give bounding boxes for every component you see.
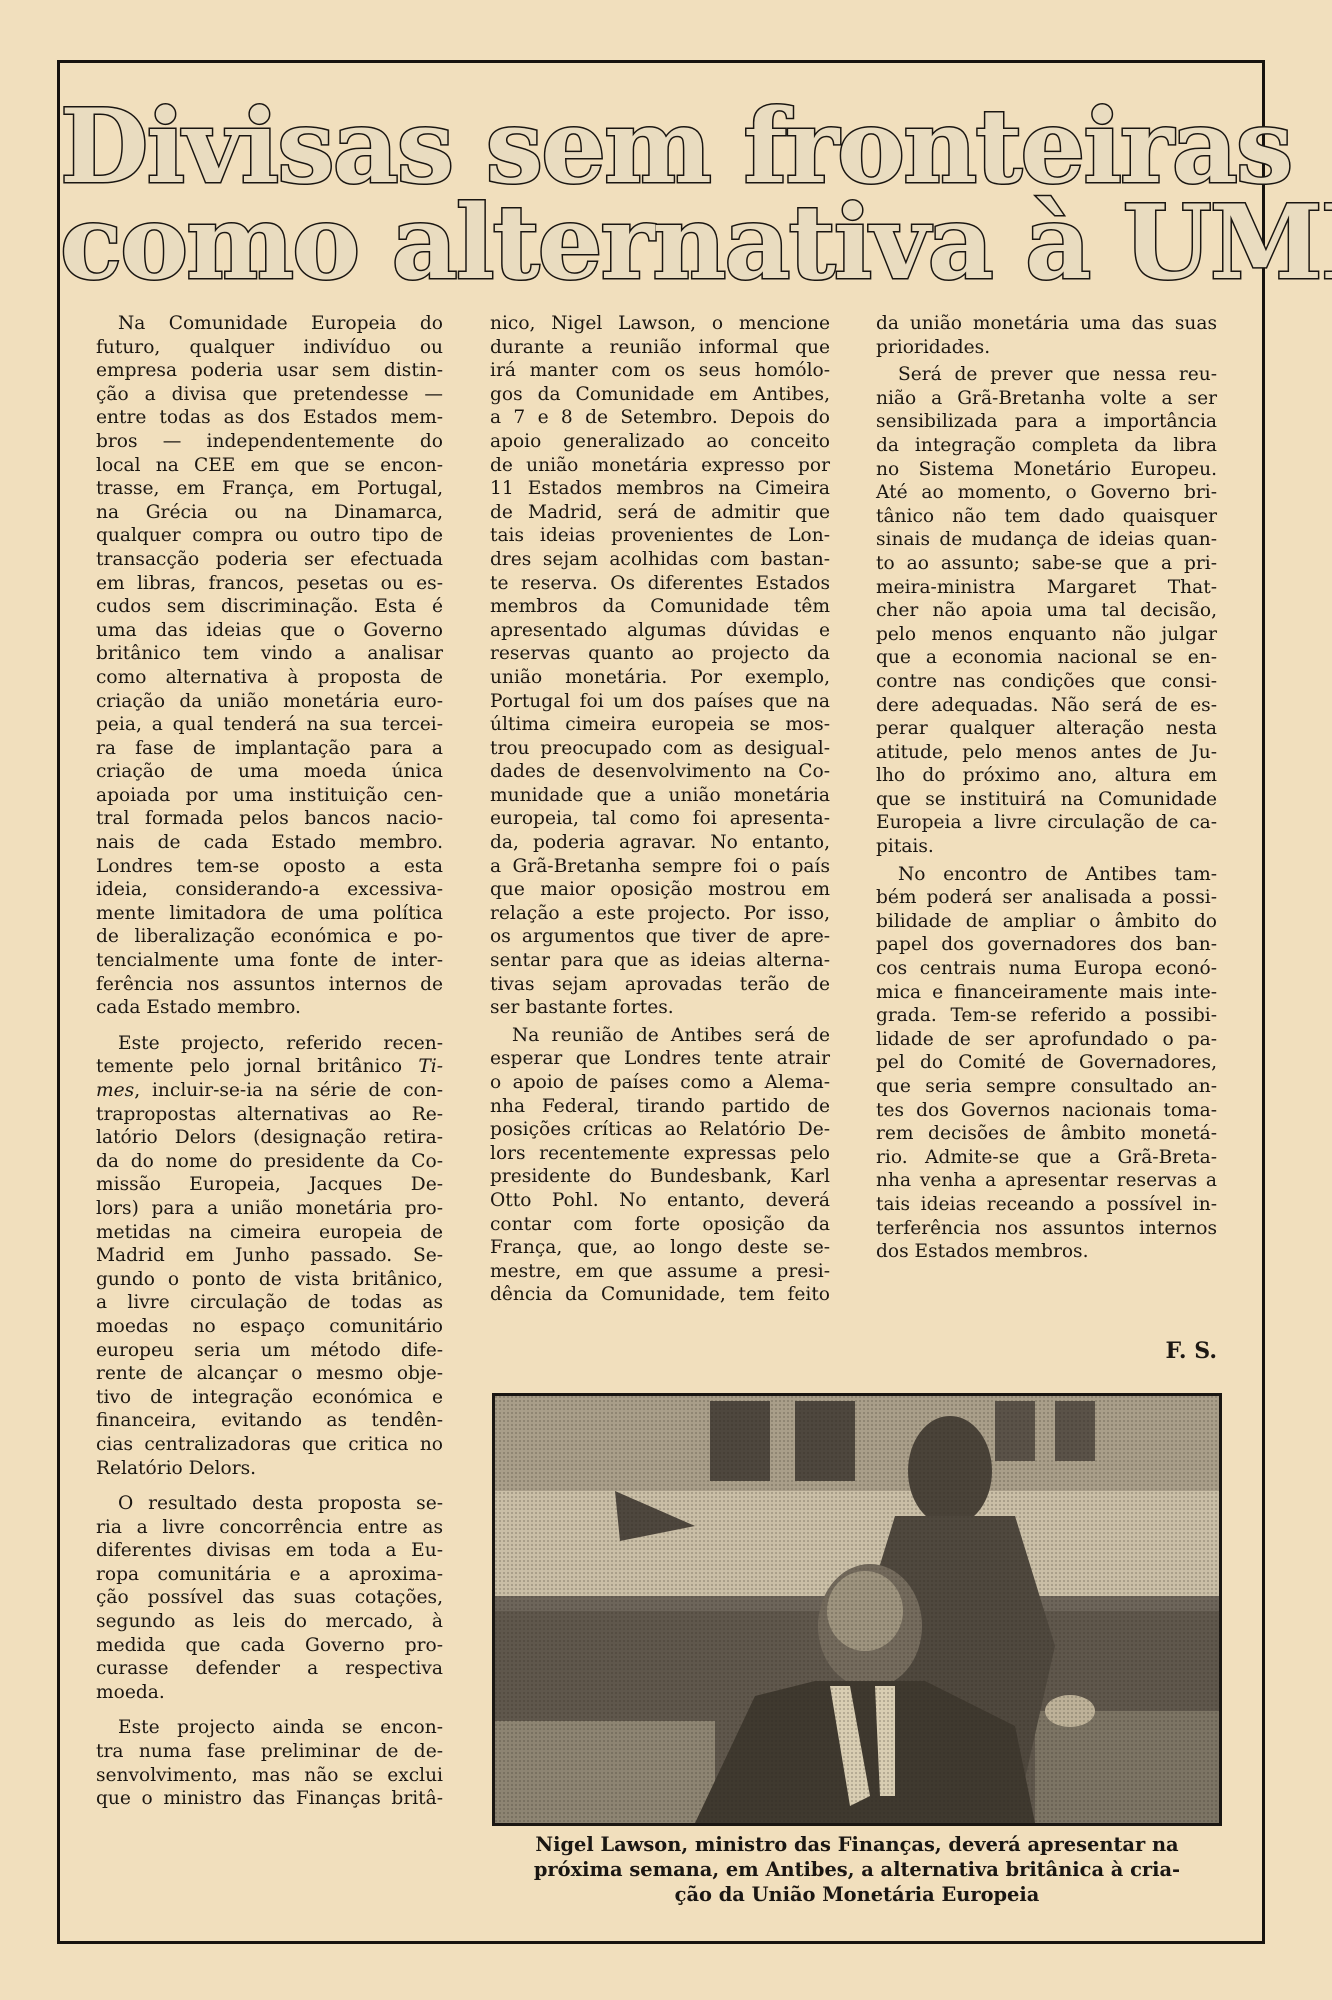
text-line: mente limitadora de uma política <box>96 902 443 926</box>
text-line: financeira, evitando as tendên- <box>96 1409 443 1433</box>
text-line: dres sejam acolhidas com bastan- <box>490 548 830 572</box>
text-line: o apoio de países como a Alema- <box>490 1071 830 1095</box>
text-line: apoiada por uma instituição cen- <box>96 784 443 808</box>
text-line: mestre, em que assume a presi- <box>490 1260 830 1284</box>
text-line: Este projecto, referido recen- <box>96 1032 443 1056</box>
text-line: tencialmente uma fonte de inter- <box>96 949 443 973</box>
text-line: que maior oposição mostrou em <box>490 878 830 902</box>
text-line: Otto Pohl. No entanto, deverá <box>490 1189 830 1213</box>
text-line: moedas no espaço comunitário <box>96 1315 443 1339</box>
text-line: grada. Tem-se referido a possibi- <box>876 1004 1217 1028</box>
text-line: contre nas condições que consi- <box>876 670 1217 694</box>
text-line: presidente do Bundesbank, Karl <box>490 1165 830 1189</box>
text-line: rem decisões de âmbito monetá- <box>876 1122 1217 1146</box>
text-line: Este projecto ainda se encon- <box>96 1716 443 1740</box>
paragraph-gap <box>96 1704 443 1716</box>
text-line: cudos sem discriminação. Esta é <box>96 595 443 619</box>
text-line: nico, Nigel Lawson, o mencione <box>490 312 830 336</box>
text-line: gundo o ponto de vista britânico, <box>96 1268 443 1292</box>
text-line: ideia, considerando-a excessiva- <box>96 878 443 902</box>
text-line: Na reunião de Antibes será de <box>490 1024 830 1048</box>
text-line: No encontro de Antibes tam- <box>876 863 1217 887</box>
text-line: tais ideias provenientes de Lon- <box>490 524 830 548</box>
text-line: Europeia a livre circulação de ca- <box>876 811 1217 835</box>
text-line: entre todas as dos Estados mem- <box>96 406 443 430</box>
text-line: a livre circulação de todas as <box>96 1291 443 1315</box>
text-line: membros da Comunidade têm <box>490 595 830 619</box>
text-line: de união monetária expresso por <box>490 454 830 478</box>
text-line: dos Estados membros. <box>876 1240 1217 1264</box>
text-line: tral formada pelos bancos nacio- <box>96 807 443 831</box>
text-line: prioridades. <box>876 336 1217 360</box>
text-line: futuro, qualquer indivíduo ou <box>96 336 443 360</box>
text-line: qualquer compra ou outro tipo de <box>96 524 443 548</box>
text-line: gos da Comunidade em Antibes, <box>490 383 830 407</box>
text-line: ria a livre concorrência entre as <box>96 1516 443 1540</box>
text-line: criação da união monetária euro- <box>96 690 443 714</box>
text-line: to ao assunto; sabe-se que a pri- <box>876 552 1217 576</box>
text-line: perar qualquer alteração nesta <box>876 717 1217 741</box>
text-line: atitude, pelo menos antes de Ju- <box>876 741 1217 765</box>
text-line: missão Europeia, Jacques De- <box>96 1173 443 1197</box>
text-line: cias centralizadoras que critica no <box>96 1433 443 1457</box>
text-line: Será de prever que nessa reu- <box>876 363 1217 387</box>
text-line: Até ao momento, o Governo bri- <box>876 481 1217 505</box>
text-line: cher não apoia uma tal decisão, <box>876 599 1217 623</box>
text-line: uma das ideias que o Governo <box>96 619 443 643</box>
caption-line: ção da União Monetária Europeia <box>492 1882 1222 1907</box>
text-line: segundo as leis do mercado, à <box>96 1610 443 1634</box>
text-line: lors) para a união monetária pro- <box>96 1197 443 1221</box>
text-line: dência da Comunidade, tem feito <box>490 1283 830 1307</box>
text-line: união monetária. Por exemplo, <box>490 666 830 690</box>
text-line: medida que cada Governo pro- <box>96 1634 443 1658</box>
text-line: da, poderia agravar. No entanto, <box>490 831 830 855</box>
text-line: 11 Estados membros na Cimeira <box>490 477 830 501</box>
text-line: posições críticas ao Relatório De- <box>490 1118 830 1142</box>
text-line: bém poderá ser analisada a possi- <box>876 886 1217 910</box>
text-line: metidas na cimeira europeia de <box>96 1221 443 1245</box>
text-line: contar com forte oposição da <box>490 1213 830 1237</box>
text-line: lors recentemente expressas pelo <box>490 1142 830 1166</box>
text-line: os argumentos que tiver de apre- <box>490 925 830 949</box>
text-line: de Madrid, será de admitir que <box>490 501 830 525</box>
text-line: dades de desenvolvimento na Co- <box>490 760 830 784</box>
text-line: rente de alcançar o mesmo obje- <box>96 1362 443 1386</box>
text-line: última cimeira europeia se mos- <box>490 713 830 737</box>
text-line: da integração completa da libra <box>876 434 1217 458</box>
text-line: dere adequadas. Não será de es- <box>876 694 1217 718</box>
text-line: rio. Admite-se que a Grã-Breta- <box>876 1146 1217 1170</box>
text-line: Londres tem-se oposto a esta <box>96 855 443 879</box>
caption-line: próxima semana, em Antibes, a alternativ… <box>492 1857 1222 1882</box>
text-line: França, que, ao longo deste se- <box>490 1236 830 1260</box>
text-line: relação a este projecto. Por isso, <box>490 902 830 926</box>
text-line: como alternativa à proposta de <box>96 666 443 690</box>
text-line: europeu seria um método dife- <box>96 1339 443 1363</box>
text-line: munidade que a união monetária <box>490 784 830 808</box>
text-line: pelo menos enquanto não julgar <box>876 623 1217 647</box>
article-column-3: da união monetária uma das suasprioridad… <box>876 312 1217 1264</box>
text-line: Na Comunidade Europeia do <box>96 312 443 336</box>
text-line: nha Federal, tirando partido de <box>490 1095 830 1119</box>
text-line: sensibilizada para a importância <box>876 410 1217 434</box>
text-line: papel dos governadores dos ban- <box>876 933 1217 957</box>
text-line: latório Delors (designação retira- <box>96 1126 443 1150</box>
text-line: te reserva. Os diferentes Estados <box>490 572 830 596</box>
text-line: durante a reunião informal que <box>490 336 830 360</box>
photo-caption: Nigel Lawson, ministro das Finanças, dev… <box>492 1832 1222 1907</box>
text-line: O resultado desta proposta se- <box>96 1492 443 1516</box>
news-photo <box>492 1393 1222 1826</box>
text-line: ser bastante fortes. <box>490 996 830 1020</box>
text-line: cada Estado membro. <box>96 996 443 1020</box>
text-line: tes dos Governos nacionais toma- <box>876 1099 1217 1123</box>
text-line: Relatório Delors. <box>96 1457 443 1481</box>
text-line: europeia, tal como foi apresenta- <box>490 807 830 831</box>
text-line: trou preocupado com as desigual- <box>490 737 830 761</box>
author-signature: F. S. <box>1166 1338 1218 1364</box>
text-line: trasse, em França, em Portugal, <box>96 477 443 501</box>
article-column-2: nico, Nigel Lawson, o mencionedurante a … <box>490 312 830 1307</box>
text-line: no Sistema Monetário Europeu. <box>876 458 1217 482</box>
text-line: diferentes divisas em toda a Eu- <box>96 1539 443 1563</box>
text-line: a Grã-Bretanha sempre foi o país <box>490 855 830 879</box>
text-line: cos centrais numa Europa econó- <box>876 957 1217 981</box>
text-line: bros — independentemente do <box>96 430 443 454</box>
text-line: sentar para que as ideias alterna- <box>490 949 830 973</box>
text-line: meira-ministra Margaret That- <box>876 576 1217 600</box>
text-line: reservas quanto ao projecto da <box>490 642 830 666</box>
text-line: pitais. <box>876 835 1217 859</box>
text-line: transacção poderia ser efectuada <box>96 548 443 572</box>
text-line: bilidade de ampliar o âmbito do <box>876 910 1217 934</box>
text-line: pel do Comité de Governadores, <box>876 1051 1217 1075</box>
text-line: peia, a qual tenderá na sua tercei- <box>96 713 443 737</box>
text-line: tânico não tem dado quaisquer <box>876 505 1217 529</box>
text-line: de liberalização económica e po- <box>96 925 443 949</box>
text-line: terferência nos assuntos internos <box>876 1217 1217 1241</box>
text-line: tra numa fase preliminar de de- <box>96 1740 443 1764</box>
text-line: apoio generalizado ao conceito <box>490 430 830 454</box>
text-line: nião a Grã-Bretanha volte a ser <box>876 387 1217 411</box>
text-line: nais de cada Estado membro. <box>96 831 443 855</box>
text-line: moeda. <box>96 1681 443 1705</box>
text-line: empresa poderia usar sem distin- <box>96 359 443 383</box>
text-line: mica e financeiramente mais inte- <box>876 981 1217 1005</box>
headline-line-2: como alternativa à UME <box>60 188 1265 298</box>
text-line: ção possível das suas cotações, <box>96 1586 443 1610</box>
paragraph-gap <box>96 1480 443 1492</box>
text-line: na Grécia ou na Dinamarca, <box>96 501 443 525</box>
text-line: ra fase de implantação para a <box>96 737 443 761</box>
text-line: local na CEE em que se encon- <box>96 454 443 478</box>
text-line: que a economia nacional se en- <box>876 646 1217 670</box>
text-line: da união monetária uma das suas <box>876 312 1217 336</box>
text-line: que o ministro das Finanças britâ- <box>96 1787 443 1811</box>
paragraph-gap <box>96 1020 443 1032</box>
text-line: que seria sempre consultado an- <box>876 1075 1217 1099</box>
text-line: tais ideias receando a possível in- <box>876 1193 1217 1217</box>
text-line: irá manter com os seus homólo- <box>490 359 830 383</box>
text-line: que se instituirá na Comunidade <box>876 788 1217 812</box>
text-line: criação de uma moeda única <box>96 760 443 784</box>
text-line: senvolvimento, mas não se exclui <box>96 1764 443 1788</box>
text-line: britânico tem vindo a analisar <box>96 642 443 666</box>
text-line: temente pelo jornal britânico Ti- <box>96 1055 443 1079</box>
text-line: tivas sejam aprovadas terão de <box>490 973 830 997</box>
text-line: ropa comunitária e a aproxima- <box>96 1563 443 1587</box>
text-line: Portugal foi um dos países que na <box>490 690 830 714</box>
text-line: em libras, francos, pesetas ou es- <box>96 572 443 596</box>
caption-line: Nigel Lawson, ministro das Finanças, dev… <box>492 1832 1222 1857</box>
text-line: ferência nos assuntos internos de <box>96 973 443 997</box>
article-column-1: Na Comunidade Europeia dofuturo, qualque… <box>96 312 443 1811</box>
text-line: curasse defender a respectiva <box>96 1657 443 1681</box>
text-line: Madrid em Junho passado. Se- <box>96 1244 443 1268</box>
text-line: trapropostas alternativas ao Re- <box>96 1103 443 1127</box>
text-line: ção a divisa que pretendesse — <box>96 383 443 407</box>
text-line: da do nome do presidente da Co- <box>96 1150 443 1174</box>
text-line: a 7 e 8 de Setembro. Depois do <box>490 406 830 430</box>
text-line: tivo de integração económica e <box>96 1386 443 1410</box>
photo-halftone-image <box>495 1396 1219 1823</box>
text-line: sinais de mudança de ideias quan- <box>876 528 1217 552</box>
text-line: nha venha a apresentar reservas a <box>876 1169 1217 1193</box>
text-line: esperar que Londres tente atrair <box>490 1047 830 1071</box>
text-line: lho do próximo ano, altura em <box>876 764 1217 788</box>
text-line: mes, incluir-se-ia na série de con- <box>96 1079 443 1103</box>
text-line: apresentado algumas dúvidas e <box>490 619 830 643</box>
text-line: lidade de ser aprofundado o pa- <box>876 1028 1217 1052</box>
